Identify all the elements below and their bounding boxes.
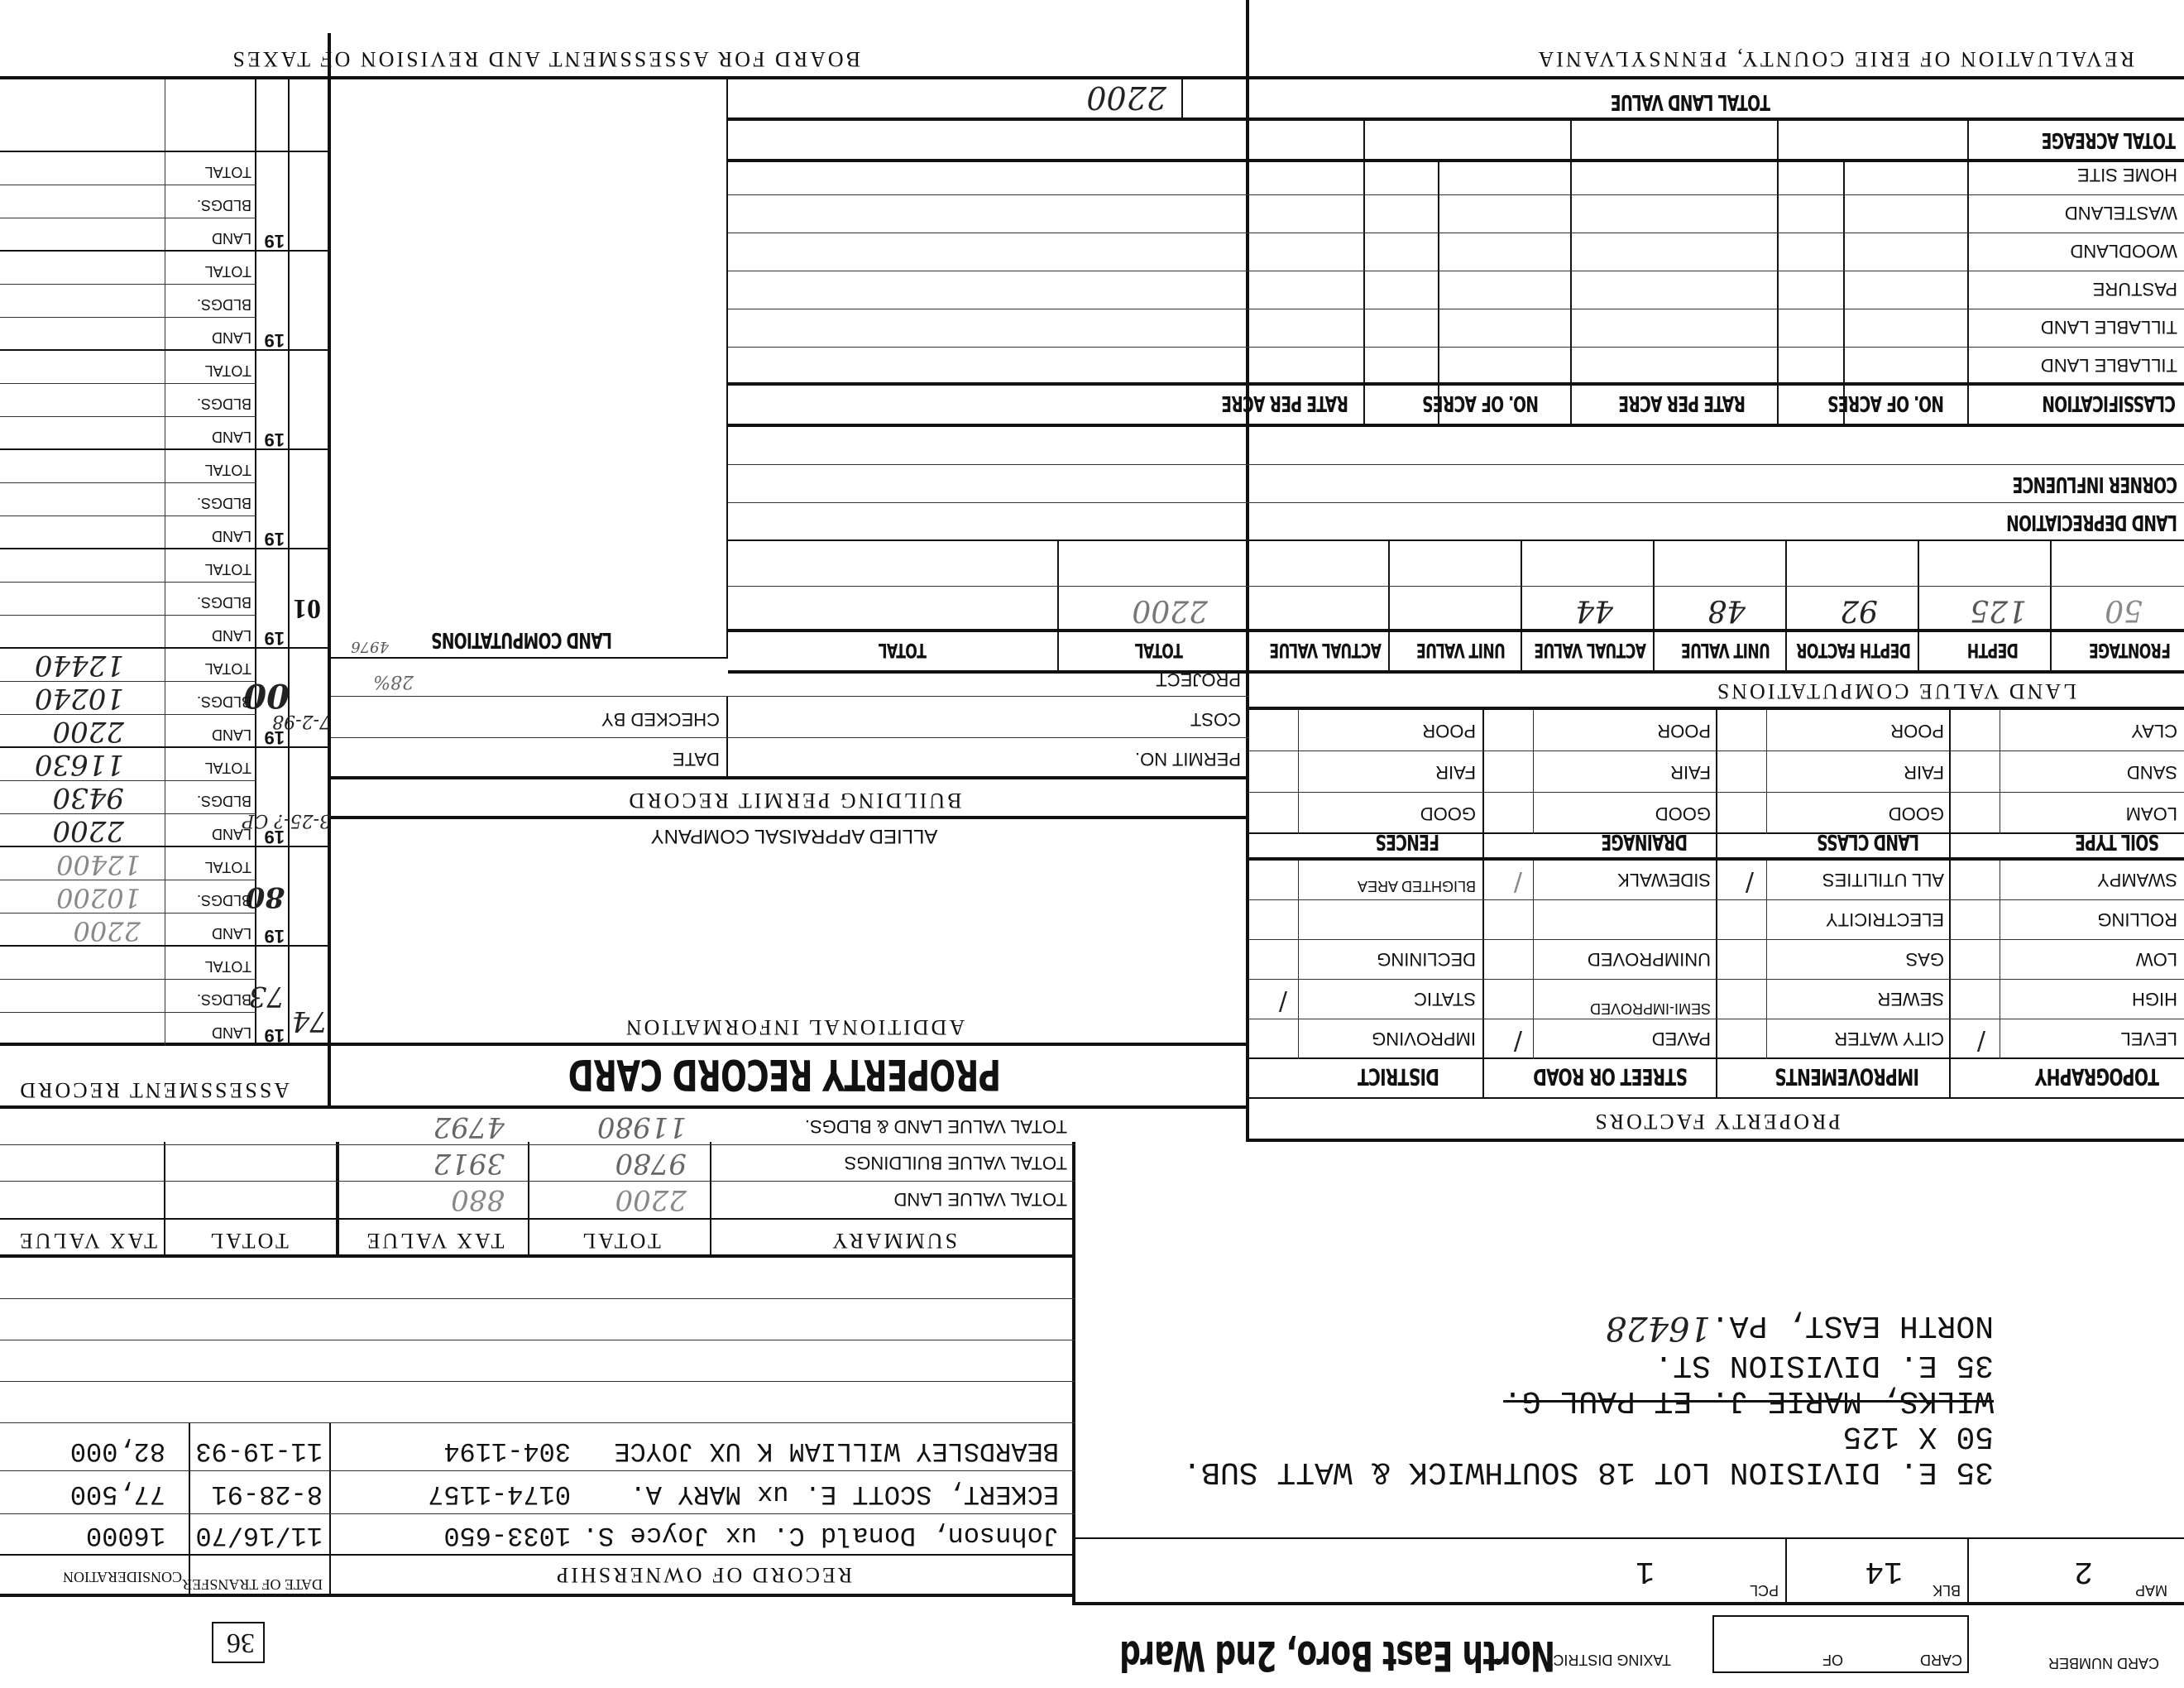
col-consideration: CONSIDERATION	[63, 1568, 182, 1585]
permit-date-label: DATE	[673, 748, 720, 770]
assessment-title: ASSESSMENT RECORD	[17, 1077, 290, 1102]
assessment-record: 74 19 73 LAND BLDGS. TOTAL 19 80 LAND BL…	[0, 79, 331, 1046]
check-icon[interactable]: /	[1279, 987, 1287, 1016]
total-acreage-label: TOTAL ACREAGE	[2042, 127, 2176, 152]
permit-no-label: PERMIT NO.	[1135, 748, 1241, 770]
assessment-block: 19 LAND BLDGS. TOTAL	[0, 351, 331, 450]
district-name: North East Boro, 2nd Ward	[1120, 1632, 1555, 1680]
factor-level: LEVEL	[2121, 1028, 2178, 1049]
card-label: CARD	[1920, 1651, 1962, 1668]
blk-label: BLK	[1933, 1581, 1961, 1599]
frontage-value: 50	[2105, 593, 2143, 627]
street-address: 35 E. DIVISION ST.	[1182, 1347, 1994, 1383]
permit-checked-by-label: CHECKED BY	[601, 708, 720, 730]
land-value-table: FRONTAGE DEPTH DEPTH FACTOR UNIT VALUE A…	[728, 541, 2184, 674]
permit-project-label: PROJECT	[1156, 669, 1241, 690]
street-road-header: STREET OR ROAD	[1534, 1063, 1688, 1091]
summary-row-buildings: TOTAL VALUE BUILDINGS 9780 3912	[331, 1144, 1075, 1182]
check-icon[interactable]: /	[1746, 868, 1754, 897]
land-depreciation-label: LAND DEPRECIATION	[2007, 510, 2177, 535]
property-description: 35 E. DIVISION LOT 18 SOUTHWICK & WATT S…	[1182, 1307, 1994, 1489]
legal-description: 35 E. DIVISION LOT 18 SOUTHWICK & WATT S…	[1182, 1454, 1994, 1489]
check-icon[interactable]: /	[1514, 1027, 1522, 1056]
card-title: PROPERTY RECORD CARD	[568, 1049, 1001, 1099]
of-label: OF	[1822, 1651, 1843, 1668]
assessment-block: 19 LAND BLDGS. TOTAL	[0, 450, 331, 549]
land-comp-note: 4976	[351, 638, 389, 655]
depth-value: 125	[1970, 593, 2027, 627]
topography-header: TOPOGRAPHY	[2035, 1063, 2159, 1091]
assessment-block: 19 LAND BLDGS. TOTAL	[0, 252, 331, 351]
property-factors-title: PROPERTY FACTORS	[1249, 1109, 2184, 1134]
summary-extra-col-tax-value: TAX VALUE	[17, 1228, 157, 1253]
land-computations-label: LAND COMPUTATIONS	[432, 627, 612, 652]
assessment-block: 19 80 LAND BLDGS. TOTAL 2200 10200 12400	[0, 847, 331, 947]
pcl-value: 1	[1636, 1553, 1655, 1589]
blk-value: 14	[1865, 1553, 1903, 1589]
summary-col-total: TOTAL	[529, 1228, 711, 1253]
property-factors-grid: TOPOGRAPHY IMPROVEMENTS STREET OR ROAD D…	[1249, 834, 2184, 1099]
district-number: 36	[227, 1627, 255, 1658]
check-icon[interactable]: /	[1514, 868, 1522, 897]
summary-row-land-bldgs: TOTAL VALUE LAND & BLDGS. 11980 4792	[331, 1107, 1075, 1145]
assessment-block: 19 01 LAND BLDGS. TOTAL	[0, 549, 331, 649]
unit-value: 48	[1707, 593, 1746, 627]
assessment-block: 74 19 73 LAND BLDGS. TOTAL	[0, 947, 331, 1046]
acreage-table: CLASSIFICATION NO. OF ACRES RATE PER ACR…	[728, 121, 2184, 427]
summary-title: SUMMARY	[711, 1228, 1075, 1253]
actual-value: 44	[1575, 593, 1613, 627]
city-state: NORTH EAST, PA.	[1711, 1307, 1994, 1343]
total-land-value-label: TOTAL LAND VALUE	[1611, 89, 1770, 114]
col-date-transfer: DATE OF TRANSFER	[199, 1577, 323, 1592]
board-title: BOARD FOR ASSESSMENT AND REVISION OF TAX…	[230, 46, 860, 71]
card-of-box[interactable]: CARD OF	[1712, 1615, 1969, 1673]
assessment-block: 7-2-98 19 00 LAND BLDGS. TOTAL 2200 1024…	[0, 649, 331, 748]
zip-handwritten: 16428	[1606, 1309, 1711, 1347]
permit-cost-label: COST	[1190, 708, 1241, 730]
assessment-block: 19 LAND BLDGS. TOTAL	[0, 152, 331, 252]
land-total-value: 2200	[1132, 593, 1208, 627]
assessment-block: 3-25-? CP 19 LAND BLDGS. TOTAL 2200 9430…	[0, 748, 331, 847]
improvements-header: IMPROVEMENTS	[1775, 1063, 1919, 1091]
taxing-district-label: TAXING DISTRICT	[1572, 1652, 1671, 1668]
summary-row-land: TOTAL VALUE LAND 2200 880	[331, 1180, 1075, 1218]
former-owner: WILKS, MARIE J. ET PAUL G.	[1182, 1383, 1994, 1418]
ownership-title: RECORD OF OWNERSHIP	[331, 1562, 1075, 1587]
pcl-label: PCL	[1750, 1581, 1779, 1599]
check-icon[interactable]: /	[1977, 1027, 1985, 1056]
corner-influence-label: CORNER INFLUENCE	[2013, 472, 2177, 496]
map-value: 2	[2074, 1553, 2093, 1589]
revaluation-title: REVALUATION OF ERIE COUNTY, PENNSYLVANIA	[1535, 46, 2134, 71]
map-label: MAP	[2135, 1581, 2167, 1599]
total-land-value-amount: 2200	[1086, 79, 1166, 116]
property-record-card: CARD NUMBER CARD OF TAXING DISTRICT Nort…	[0, 0, 2184, 1688]
soil-class-grid: LOAM SAND CLAY GOOD FAIR POOR GOOD FAIR …	[1249, 710, 2184, 834]
district-number-box: 36	[212, 1622, 265, 1663]
lot-dimensions: 50 X 125	[1182, 1418, 1994, 1454]
building-permit-title: BUILDING PERMIT RECORD	[339, 788, 1249, 813]
land-value-title: LAND VALUE COMPUTATIONS	[1715, 679, 2076, 703]
appraiser-name: ALLIED APPRAISAL COMPANY	[339, 824, 1249, 847]
district-header: DISTRICT	[1358, 1063, 1439, 1091]
pct-note: 28%	[373, 671, 414, 692]
depth-factor-value: 92	[1840, 593, 1878, 627]
summary-col-tax-value: TAX VALUE	[339, 1228, 529, 1253]
additional-info-title: ADDITIONAL INFORMATION	[339, 1014, 1249, 1039]
card-number-label: CARD NUMBER	[2093, 1655, 2159, 1671]
summary-extra-col-total: TOTAL	[165, 1228, 331, 1253]
